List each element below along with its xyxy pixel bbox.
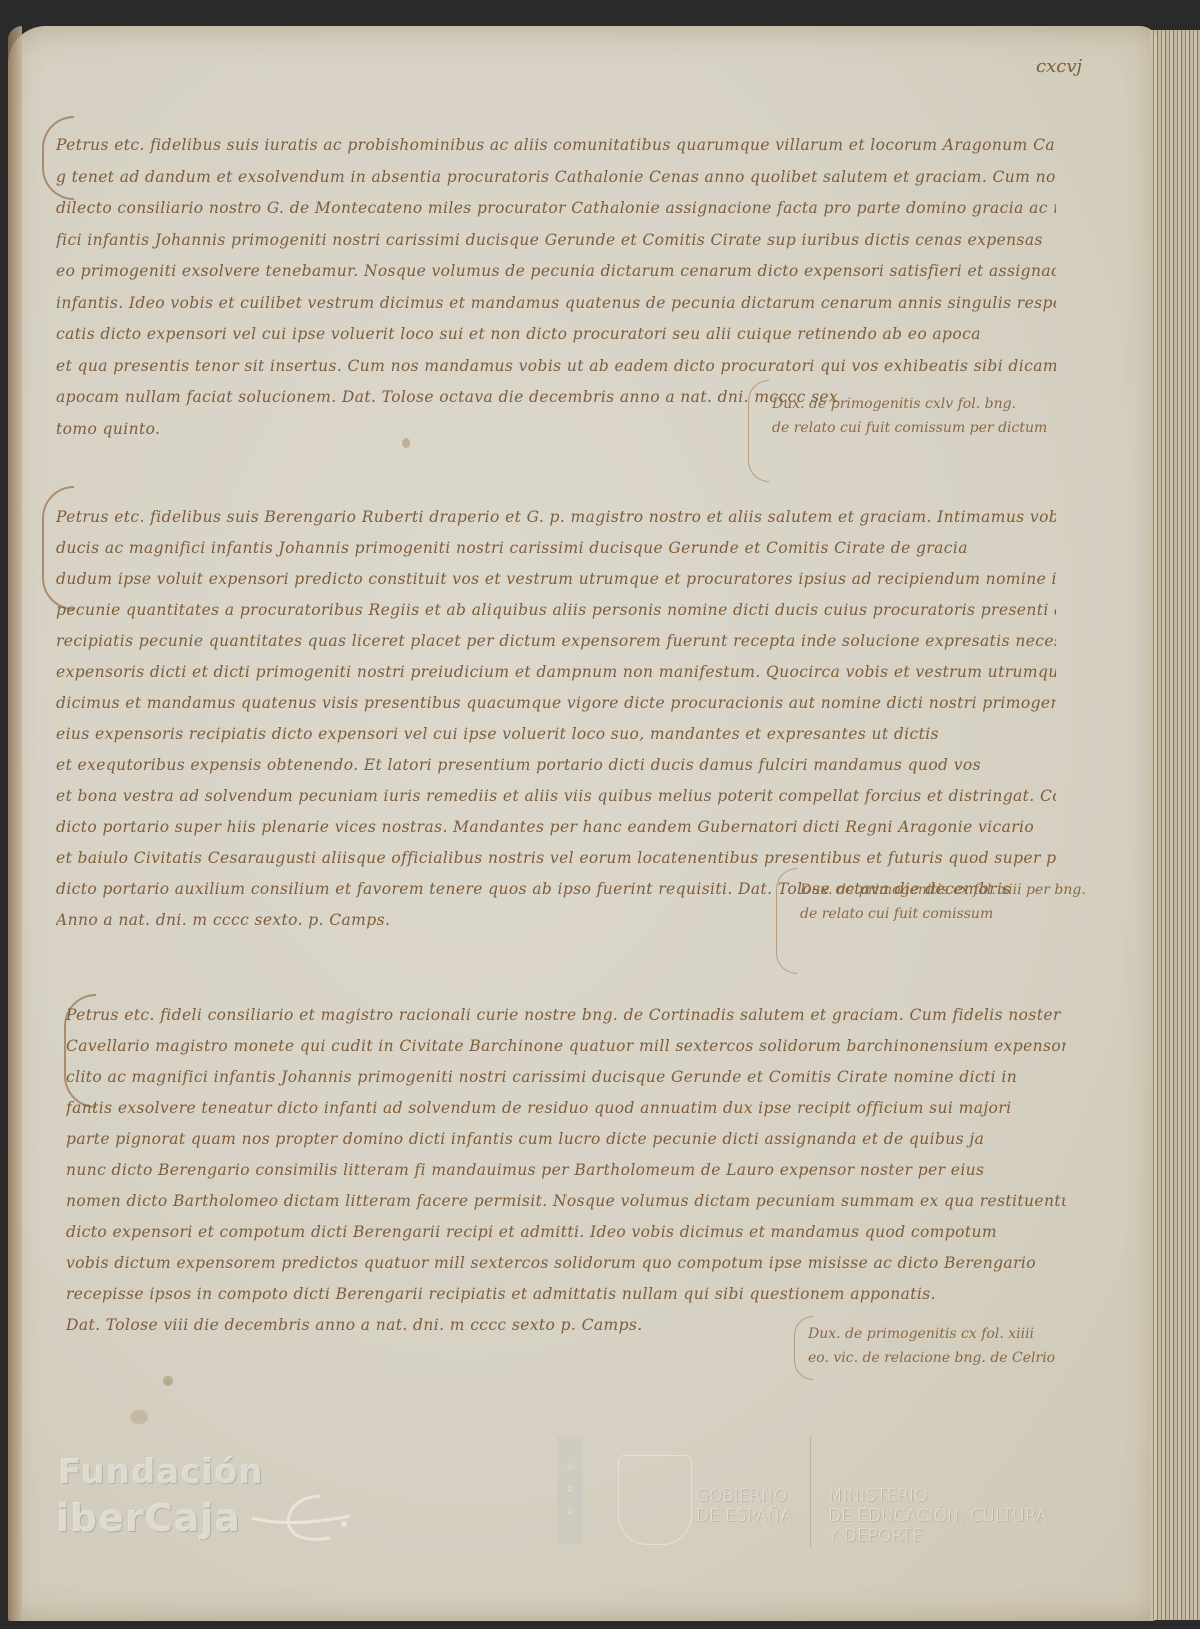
folio-number: cxcvj	[1036, 56, 1082, 77]
marginal-note-3: Dux. de primogenitis cx fol. xiiii eo. v…	[808, 1322, 1055, 1370]
marginal-note-2: Dux. de primogenitis cx fol. xiii per bn…	[800, 878, 1086, 926]
gobierno-line: DE ESPAÑA	[696, 1506, 792, 1526]
gobierno-line: GOBIERNO	[696, 1486, 792, 1506]
coat-of-arms-icon	[618, 1455, 692, 1545]
text-line: dicimus et mandamus quatenus visis prese…	[56, 688, 1056, 719]
star-icon: ☆	[557, 1479, 583, 1501]
text-line: eius expensoris recipiatis dicto expenso…	[56, 719, 1056, 750]
text-line: et baiulo Civitatis Cesaraugusti aliisqu…	[56, 843, 1056, 874]
star-icon: ☆	[557, 1457, 583, 1479]
ink-stain	[163, 1376, 173, 1386]
note-brace	[748, 380, 769, 482]
text-line: dilecto consiliario nostro G. de Monteca…	[56, 193, 1056, 225]
text-line: fantis exsolvere teneatur dicto infanti …	[66, 1093, 1066, 1124]
ibercaja-watermark: iberCaja	[56, 1496, 241, 1540]
text-line: clito ac magnifici infantis Johannis pri…	[66, 1062, 1066, 1093]
text-line: nunc dicto Berengario consimilis littera…	[66, 1155, 1066, 1186]
ministerio-line: DE EDUCACIÓN, CULTURA	[828, 1506, 1048, 1526]
ministerio-line: MINISTERIO	[828, 1486, 1048, 1506]
star-icon: ☆	[557, 1501, 583, 1523]
text-line: infantis. Ideo vobis et cuilibet vestrum…	[56, 288, 1056, 320]
ibercaja-logo-icon	[250, 1488, 360, 1548]
text-line: fici infantis Johannis primogeniti nostr…	[56, 225, 1056, 257]
text-line: eo primogeniti exsolvere tenebamur. Nosq…	[56, 256, 1056, 288]
gobierno-watermark: GOBIERNO DE ESPAÑA	[696, 1486, 792, 1526]
text-line: expensoris dicti et dicti primogeniti no…	[56, 657, 1056, 688]
text-line: recipiatis pecunie quantitates quas lice…	[56, 626, 1056, 657]
text-line: Cavellario magistro monete qui cudit in …	[66, 1031, 1066, 1062]
ink-stain	[130, 1410, 148, 1424]
text-line: recepisse ipsos in compoto dicti Berenga…	[66, 1279, 1066, 1310]
text-line: dudum ipse voluit expensori predicto con…	[56, 564, 1056, 595]
ministerio-line: Y DEPORTE	[828, 1526, 1048, 1546]
marginal-note-1: Dux. de primogenitis cxlv fol. bng. de r…	[772, 392, 1047, 440]
text-line: nomen dicto Bartholomeo dictam litteram …	[66, 1186, 1066, 1217]
text-line: catis dicto expensori vel cui ipse volue…	[56, 319, 1056, 351]
text-line: Petrus etc. fidelibus suis iuratis ac pr…	[56, 130, 1056, 162]
note-brace	[776, 868, 797, 974]
fundacion-watermark: Fundación	[58, 1452, 264, 1492]
note-line: Dux. de primogenitis cx fol. xiiii	[808, 1322, 1055, 1346]
text-line: g tenet ad dandum et exsolvendum in abse…	[56, 162, 1056, 194]
book-fore-edge	[1150, 30, 1200, 1620]
text-line: dicto portario super hiis plenarie vices…	[56, 812, 1056, 843]
note-line: Dux. de primogenitis cx fol. xiii per bn…	[800, 878, 1086, 902]
text-line: et bona vestra ad solvendum pecuniam iur…	[56, 781, 1056, 812]
note-line: de relato cui fuit comissum	[800, 902, 1086, 926]
text-line: ducis ac magnifici infantis Johannis pri…	[56, 533, 1056, 564]
spain-flag-icon: ☆ ☆ ☆	[557, 1437, 583, 1545]
watermark-divider	[810, 1437, 811, 1547]
text-line: dicto expensori et compotum dicti Bereng…	[66, 1217, 1066, 1248]
entry-2: Petrus etc. fidelibus suis Berengario Ru…	[56, 502, 1056, 936]
text-line: vobis dictum expensorem predictos quatuo…	[66, 1248, 1066, 1279]
text-line: Petrus etc. fideli consiliario et magist…	[66, 1000, 1066, 1031]
text-line: pecunie quantitates a procuratoribus Reg…	[56, 595, 1056, 626]
note-line: eo. vic. de relacione bng. de Celrio	[808, 1346, 1055, 1370]
text-line: et qua presentis tenor sit insertus. Cum…	[56, 351, 1056, 383]
entry-3: Petrus etc. fideli consiliario et magist…	[66, 1000, 1066, 1341]
note-line: Dux. de primogenitis cxlv fol. bng.	[772, 392, 1047, 416]
text-line: Petrus etc. fidelibus suis Berengario Ru…	[56, 502, 1056, 533]
ministerio-watermark: MINISTERIO DE EDUCACIÓN, CULTURA Y DEPOR…	[828, 1486, 1048, 1546]
text-line: parte pignorat quam nos propter domino d…	[66, 1124, 1066, 1155]
note-line: de relato cui fuit comissum per dictum	[772, 416, 1047, 440]
text-line: et exequtoribus expensis obtenendo. Et l…	[56, 750, 1056, 781]
manuscript-page: cxcvj Petrus etc. fidelibus suis iuratis…	[8, 26, 1158, 1621]
